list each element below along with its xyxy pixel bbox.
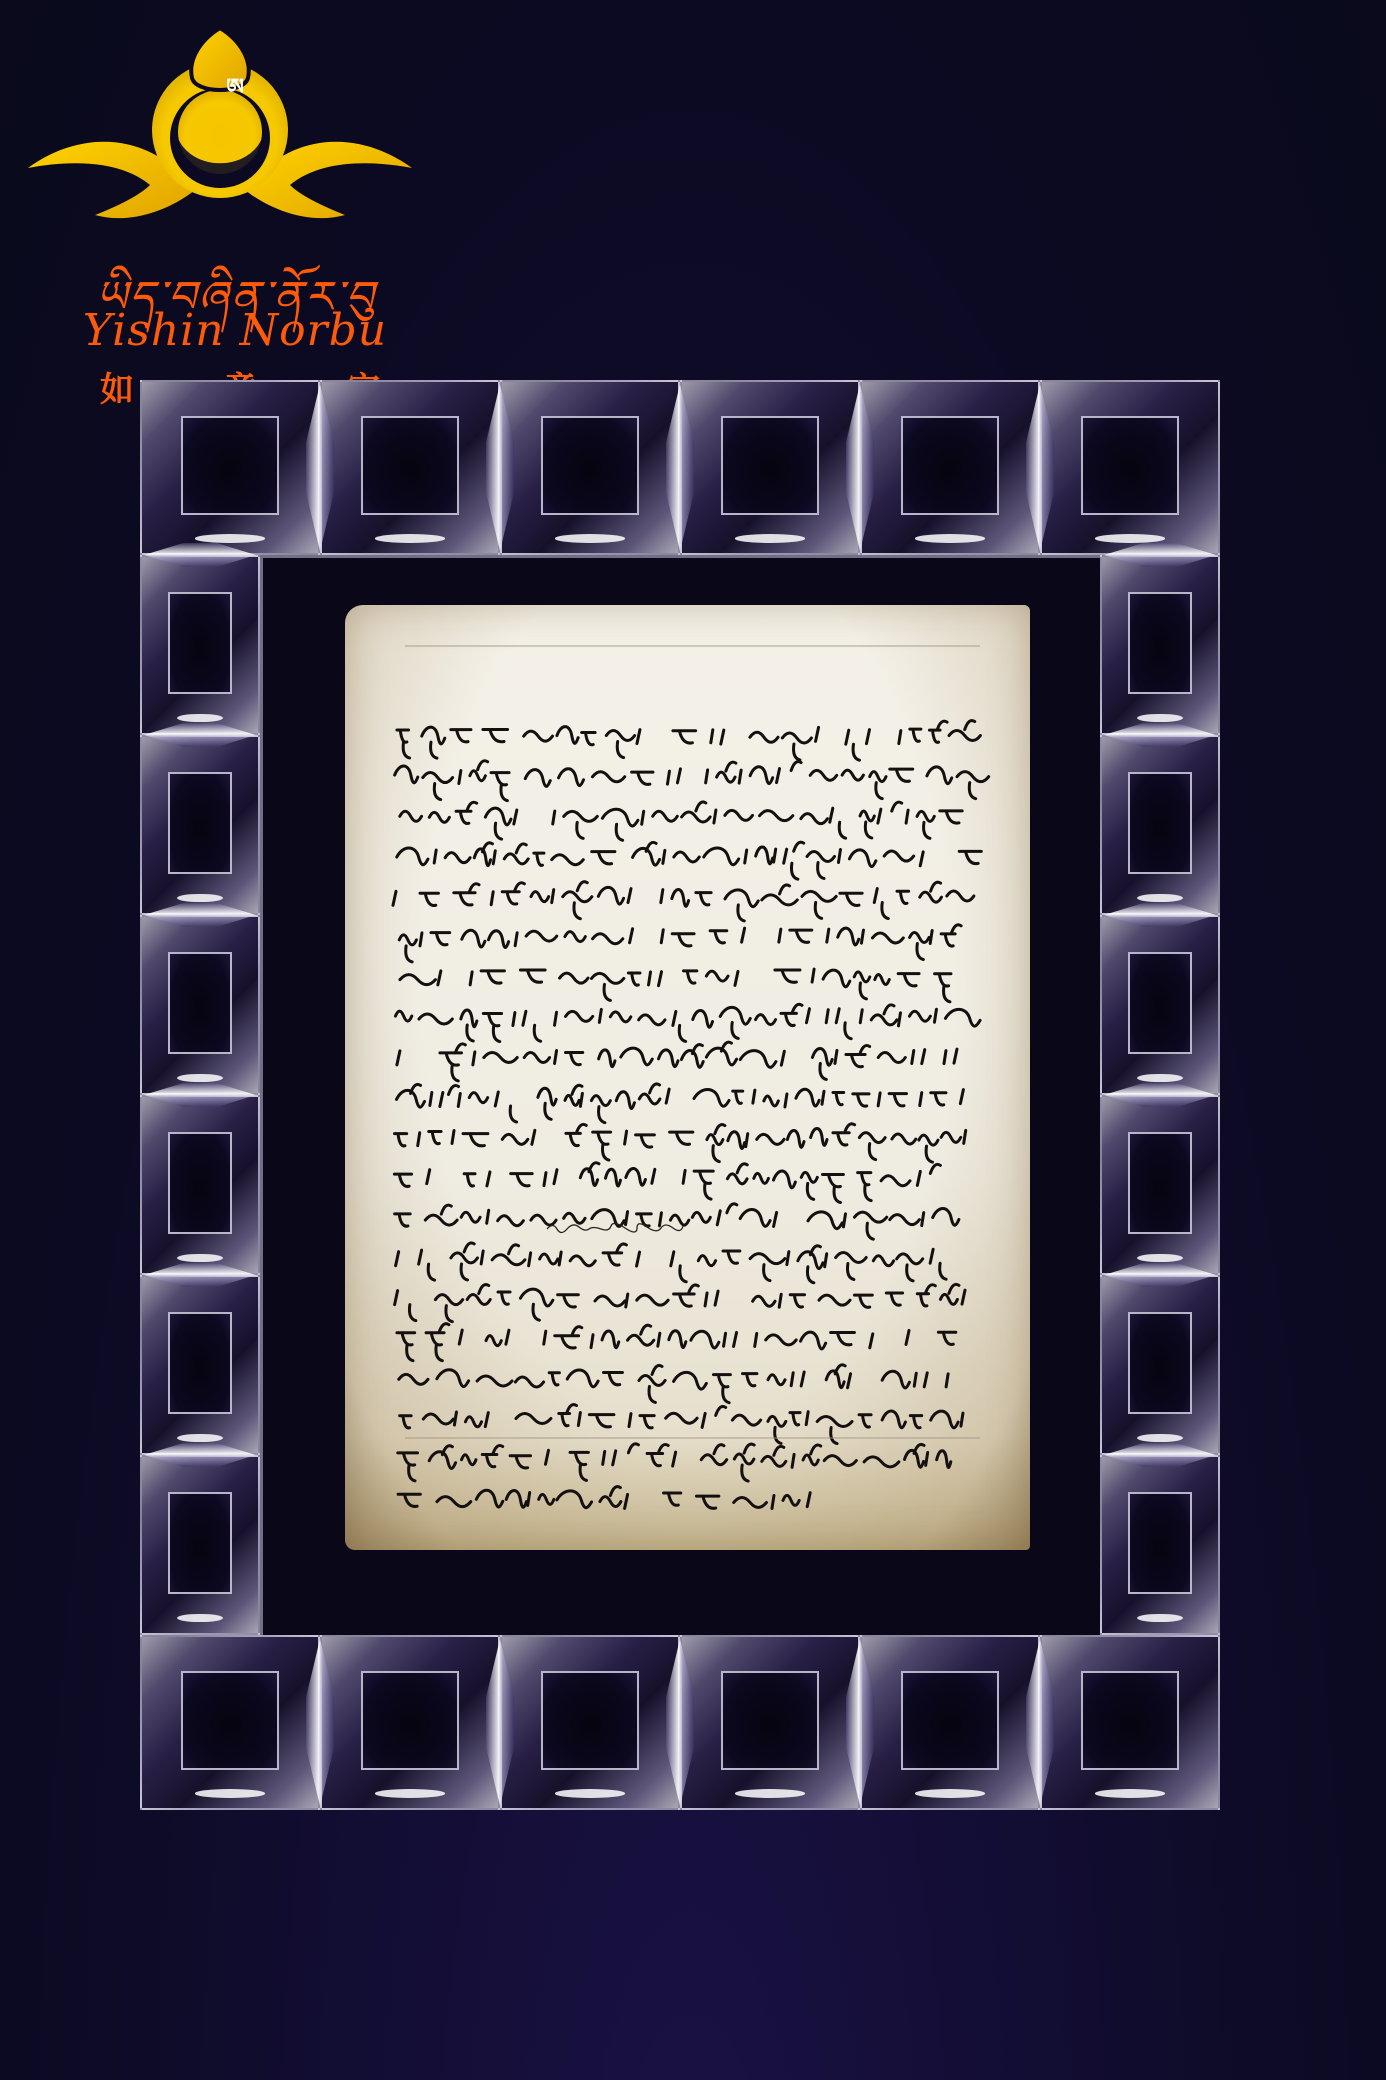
logo-cjk-char: 如 bbox=[100, 362, 134, 411]
crystal-facet-tile bbox=[140, 915, 260, 1095]
crystal-facet-tile bbox=[500, 1635, 680, 1810]
crystal-facet-tile bbox=[1040, 380, 1220, 555]
manuscript-line bbox=[390, 838, 985, 878]
manuscript-line bbox=[390, 1079, 985, 1119]
manuscript-line bbox=[390, 1039, 985, 1079]
manuscript-line bbox=[390, 1239, 985, 1279]
crystal-facet-tile bbox=[320, 380, 500, 555]
crystal-facet-tile bbox=[1100, 555, 1220, 735]
manuscript-line bbox=[390, 1440, 985, 1480]
crystal-facet-tile bbox=[1100, 1095, 1220, 1275]
interlinear-gloss bbox=[545, 1220, 695, 1234]
manuscript-line bbox=[390, 1481, 985, 1521]
crystal-facet-tile bbox=[680, 1635, 860, 1810]
crystal-facet-tile bbox=[500, 380, 680, 555]
crystal-facet-tile bbox=[140, 1095, 260, 1275]
manuscript-line bbox=[390, 1159, 985, 1199]
crystal-facet-tile bbox=[320, 1635, 500, 1810]
manuscript-line bbox=[390, 998, 985, 1038]
seed-syllable: ཨ bbox=[220, 62, 250, 124]
crystal-facet-tile bbox=[140, 1275, 260, 1455]
lotus-jewel-emblem-icon bbox=[20, 20, 420, 260]
crystal-facet-tile bbox=[1040, 1635, 1220, 1810]
crystal-facet-tile bbox=[1100, 915, 1220, 1095]
manuscript-line bbox=[390, 1280, 985, 1320]
crystal-facet-tile bbox=[1100, 735, 1220, 915]
manuscript-line bbox=[390, 1400, 985, 1440]
manuscript-line bbox=[390, 1119, 985, 1159]
crystal-facet-tile bbox=[860, 1635, 1040, 1810]
logo-brand-name: Yishin Norbu bbox=[70, 305, 400, 356]
manuscript-line bbox=[390, 1360, 985, 1400]
crystal-facet-tile bbox=[1100, 1275, 1220, 1455]
manuscript-line bbox=[390, 797, 985, 837]
crystal-facet-tile bbox=[140, 1635, 320, 1810]
page-top-rule bbox=[405, 645, 980, 647]
crystal-facet-tile bbox=[1100, 1455, 1220, 1635]
crystal-facet-tile bbox=[140, 555, 260, 735]
manuscript-line bbox=[390, 958, 985, 998]
crystal-facet-tile bbox=[140, 1455, 260, 1635]
manuscript-line bbox=[390, 757, 985, 797]
manuscript-line bbox=[390, 1320, 985, 1360]
brand-logo: ཨ ཡིད་བཞིན་ནོར་བུ Yishin Norbu 如 意 宝 bbox=[20, 20, 420, 390]
crystal-facet-tile bbox=[140, 735, 260, 915]
page-bottom-rule bbox=[405, 1437, 980, 1439]
manuscript-line bbox=[390, 918, 985, 958]
tibetan-manuscript-page bbox=[345, 605, 1030, 1550]
crystal-facet-tile bbox=[680, 380, 860, 555]
crystal-facet-tile bbox=[860, 380, 1040, 555]
crystal-facet-tile bbox=[140, 380, 320, 555]
manuscript-line bbox=[390, 878, 985, 918]
manuscript-text-block bbox=[390, 717, 985, 1521]
manuscript-line bbox=[390, 717, 985, 757]
